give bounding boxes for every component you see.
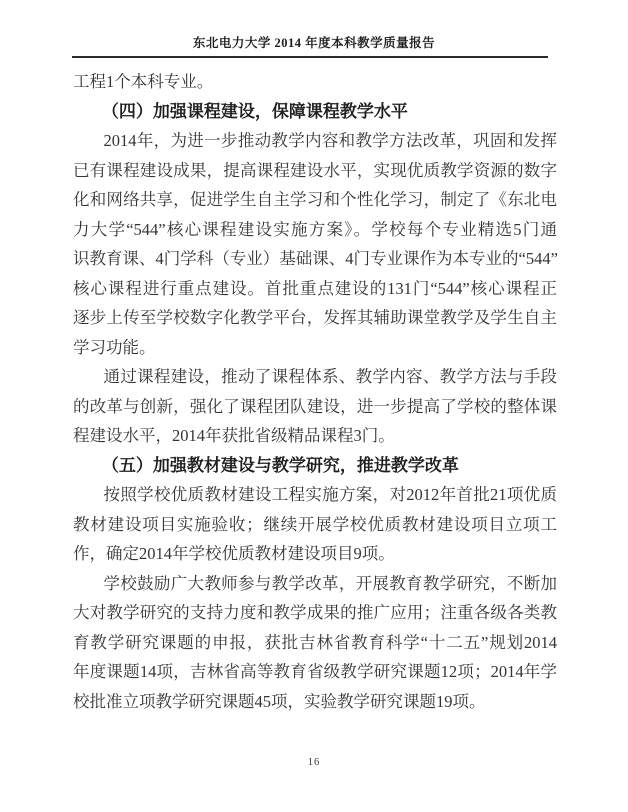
text-line: 2014年，为进一步推动教学内容和教学方法改革，巩固和发挥 [73,126,557,156]
text-line: 已有课程建设成果，提高课程建设水平，实现优质教学资源的数字 [73,156,557,186]
text-line: 力大学“544”核心课程建设实施方案》。学校每个专业精选5门通 [73,215,557,245]
document-body: 工程1个本科专业。（四）加强课程建设，保障课程教学水平2014年，为进一步推动教… [73,57,557,716]
text-line: 校批准立项教学研究课题45项，实验教学研究课题19项。 [73,687,557,717]
text-line: 大对教学研究的支持力度和教学成果的推广应用；注重各级各类教 [73,598,557,628]
text-line: 学校鼓励广大教师参与教学改革，开展教育教学研究，不断加 [73,569,557,599]
page-header-title: 东北电力大学 2014 年度本科教学质量报告 [0,33,628,51]
text-line: 育教学研究课题的申报，获批吉林省教育科学“十二五”规划2014 [73,628,557,658]
text-line: 通过课程建设，推动了课程体系、教学内容、教学方法与手段 [73,362,557,392]
text-line: 的改革与创新，强化了课程团队建设，进一步提高了学校的整体课 [73,392,557,422]
text-line: 化和网络共享，促进学生自主学习和个性化学习，制定了《东北电 [73,185,557,215]
text-line: 年度课题14项，吉林省高等教育省级教学研究课题12项；2014年学 [73,657,557,687]
text-line: 学习功能。 [73,333,557,363]
text-line: 工程1个本科专业。 [73,67,557,97]
section-heading: （五）加强教材建设与教学研究，推进教学改革 [73,451,557,481]
text-line: 教材建设项目实施验收；继续开展学校优质教材建设项目立项工 [73,510,557,540]
text-line: 识教育课、4门学科（专业）基础课、4门专业课作为本专业的“544” [73,244,557,274]
text-line: 核心课程进行重点建设。首批重点建设的131门“544”核心课程正 [73,274,557,304]
text-line: 按照学校优质教材建设工程实施方案，对2012年首批21项优质 [73,480,557,510]
section-heading: （四）加强课程建设，保障课程教学水平 [73,97,557,127]
document-page: 东北电力大学 2014 年度本科教学质量报告 工程1个本科专业。（四）加强课程建… [0,0,628,812]
text-line: 逐步上传至学校数字化教学平台，发挥其辅助课堂教学及学生自主 [73,303,557,333]
text-line: 作，确定2014年学校优质教材建设项目9项。 [73,539,557,569]
text-line: 程建设水平，2014年获批省级精品课程3门。 [73,421,557,451]
page-number: 16 [0,757,628,768]
